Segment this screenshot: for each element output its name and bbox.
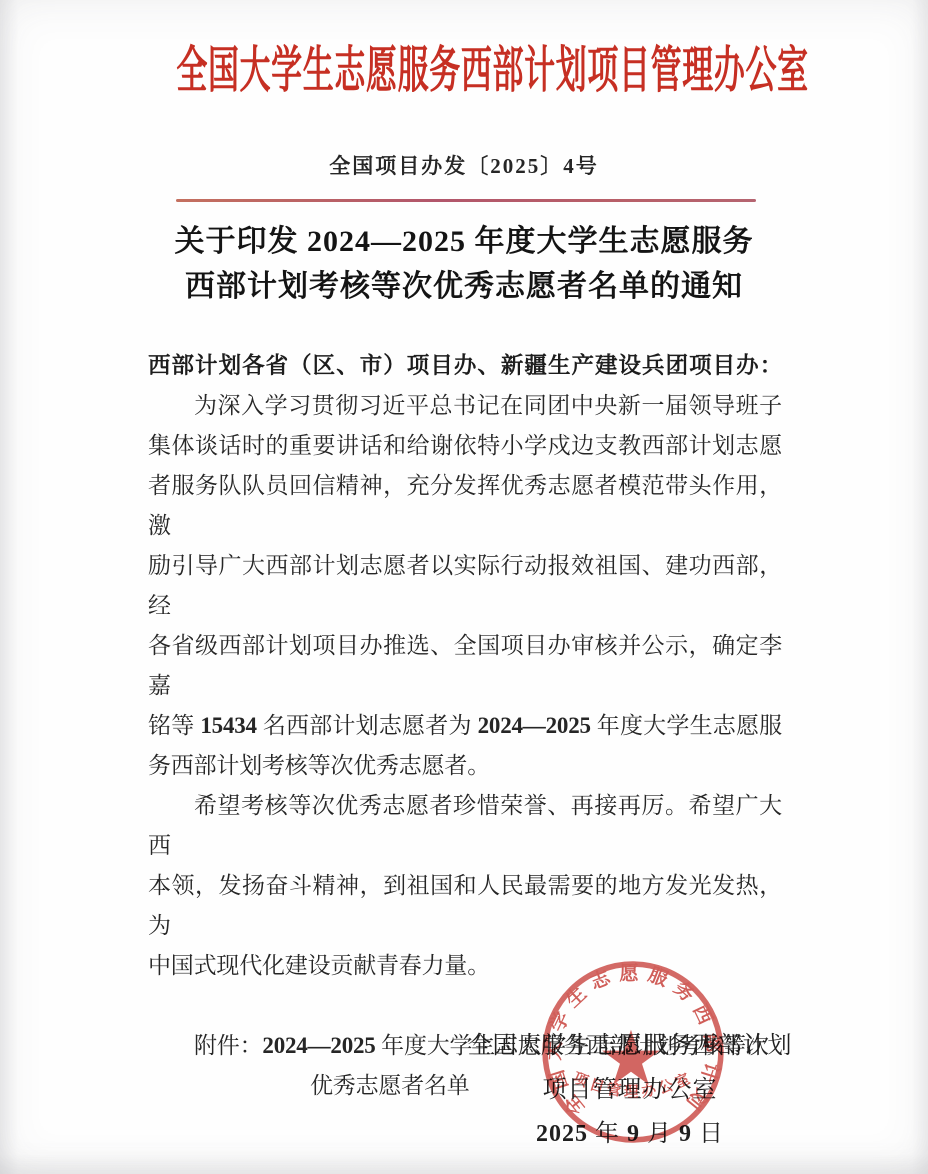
signature-block: 全国大学生志愿服务西部计划 项目管理办公室 2025 年 9 月 9 日 bbox=[452, 1024, 808, 1156]
salutation-line: 西部计划各省（区、市）项目办、新疆生产建设兵团项目办： bbox=[148, 346, 782, 386]
attachment-year-range: 2024—2025 bbox=[262, 1033, 375, 1058]
date-text: 月 bbox=[640, 1121, 679, 1147]
date-day: 9 bbox=[679, 1121, 692, 1147]
body-line: 集体谈话时的重要讲话和给谢依特小学戍边支教西部计划志愿 bbox=[148, 426, 782, 466]
body-line: 各省级西部计划项目办推选、全国项目办审核并公示，确定李嘉 bbox=[148, 626, 782, 706]
notice-title-line-2: 西部计划考核等次优秀志愿者名单的通知 bbox=[84, 264, 844, 309]
org-header-title: 全国大学生志愿服务西部计划项目管理办公室 bbox=[176, 30, 751, 102]
year-range: 2024—2025 bbox=[478, 713, 591, 738]
notice-title-line-1: 关于印发 2024—2025 年度大学生志愿服务 bbox=[84, 219, 844, 264]
volunteer-count: 15434 bbox=[200, 713, 257, 738]
document-page: 全国大学生志愿服务西部计划项目管理办公室 全国项目办发〔2025〕4号 关于印发… bbox=[0, 0, 928, 1174]
attachment-label: 附件： bbox=[194, 1033, 262, 1058]
body-line: 希望考核等次优秀志愿者珍惜荣誉、再接再厉。希望广大西 bbox=[148, 786, 782, 866]
signature-date: 2025 年 9 月 9 日 bbox=[452, 1112, 808, 1156]
signature-org-line-1: 全国大学生志愿服务西部计划 bbox=[452, 1024, 808, 1068]
blank-line bbox=[148, 986, 782, 1026]
notice-body: 西部计划各省（区、市）项目办、新疆生产建设兵团项目办： 为深入学习贯彻习近平总书… bbox=[148, 346, 782, 1106]
body-line: 者服务队队员回信精神，充分发挥优秀志愿者模范带头作用，激 bbox=[148, 466, 782, 546]
body-text: 年度大学生志愿服 bbox=[591, 713, 782, 738]
date-month: 9 bbox=[627, 1121, 640, 1147]
date-text: 日 bbox=[692, 1121, 724, 1147]
body-text: 铭等 bbox=[148, 713, 200, 738]
date-text: 年 bbox=[588, 1121, 627, 1147]
doc-number: 全国项目办发〔2025〕4号 bbox=[0, 150, 928, 180]
signature-org-line-2: 项目管理办公室 bbox=[452, 1068, 808, 1112]
date-year: 2025 bbox=[536, 1121, 588, 1147]
body-line: 励引导广大西部计划志愿者以实际行动报效祖国、建功西部，经 bbox=[148, 546, 782, 626]
body-text: 名西部计划志愿者为 bbox=[257, 713, 478, 738]
body-line: 中国式现代化建设贡献青春力量。 bbox=[148, 946, 782, 986]
notice-title: 关于印发 2024—2025 年度大学生志愿服务 西部计划考核等次优秀志愿者名单… bbox=[84, 219, 844, 309]
body-line: 本领，发扬奋斗精神，到祖国和人民最需要的地方发光发热，为 bbox=[148, 866, 782, 946]
body-line: 为深入学习贯彻习近平总书记在同团中央新一届领导班子 bbox=[148, 386, 782, 426]
red-separator-line bbox=[176, 199, 756, 202]
body-line: 务西部计划考核等次优秀志愿者。 bbox=[148, 746, 782, 786]
body-line: 铭等 15434 名西部计划志愿者为 2024—2025 年度大学生志愿服 bbox=[148, 706, 782, 746]
